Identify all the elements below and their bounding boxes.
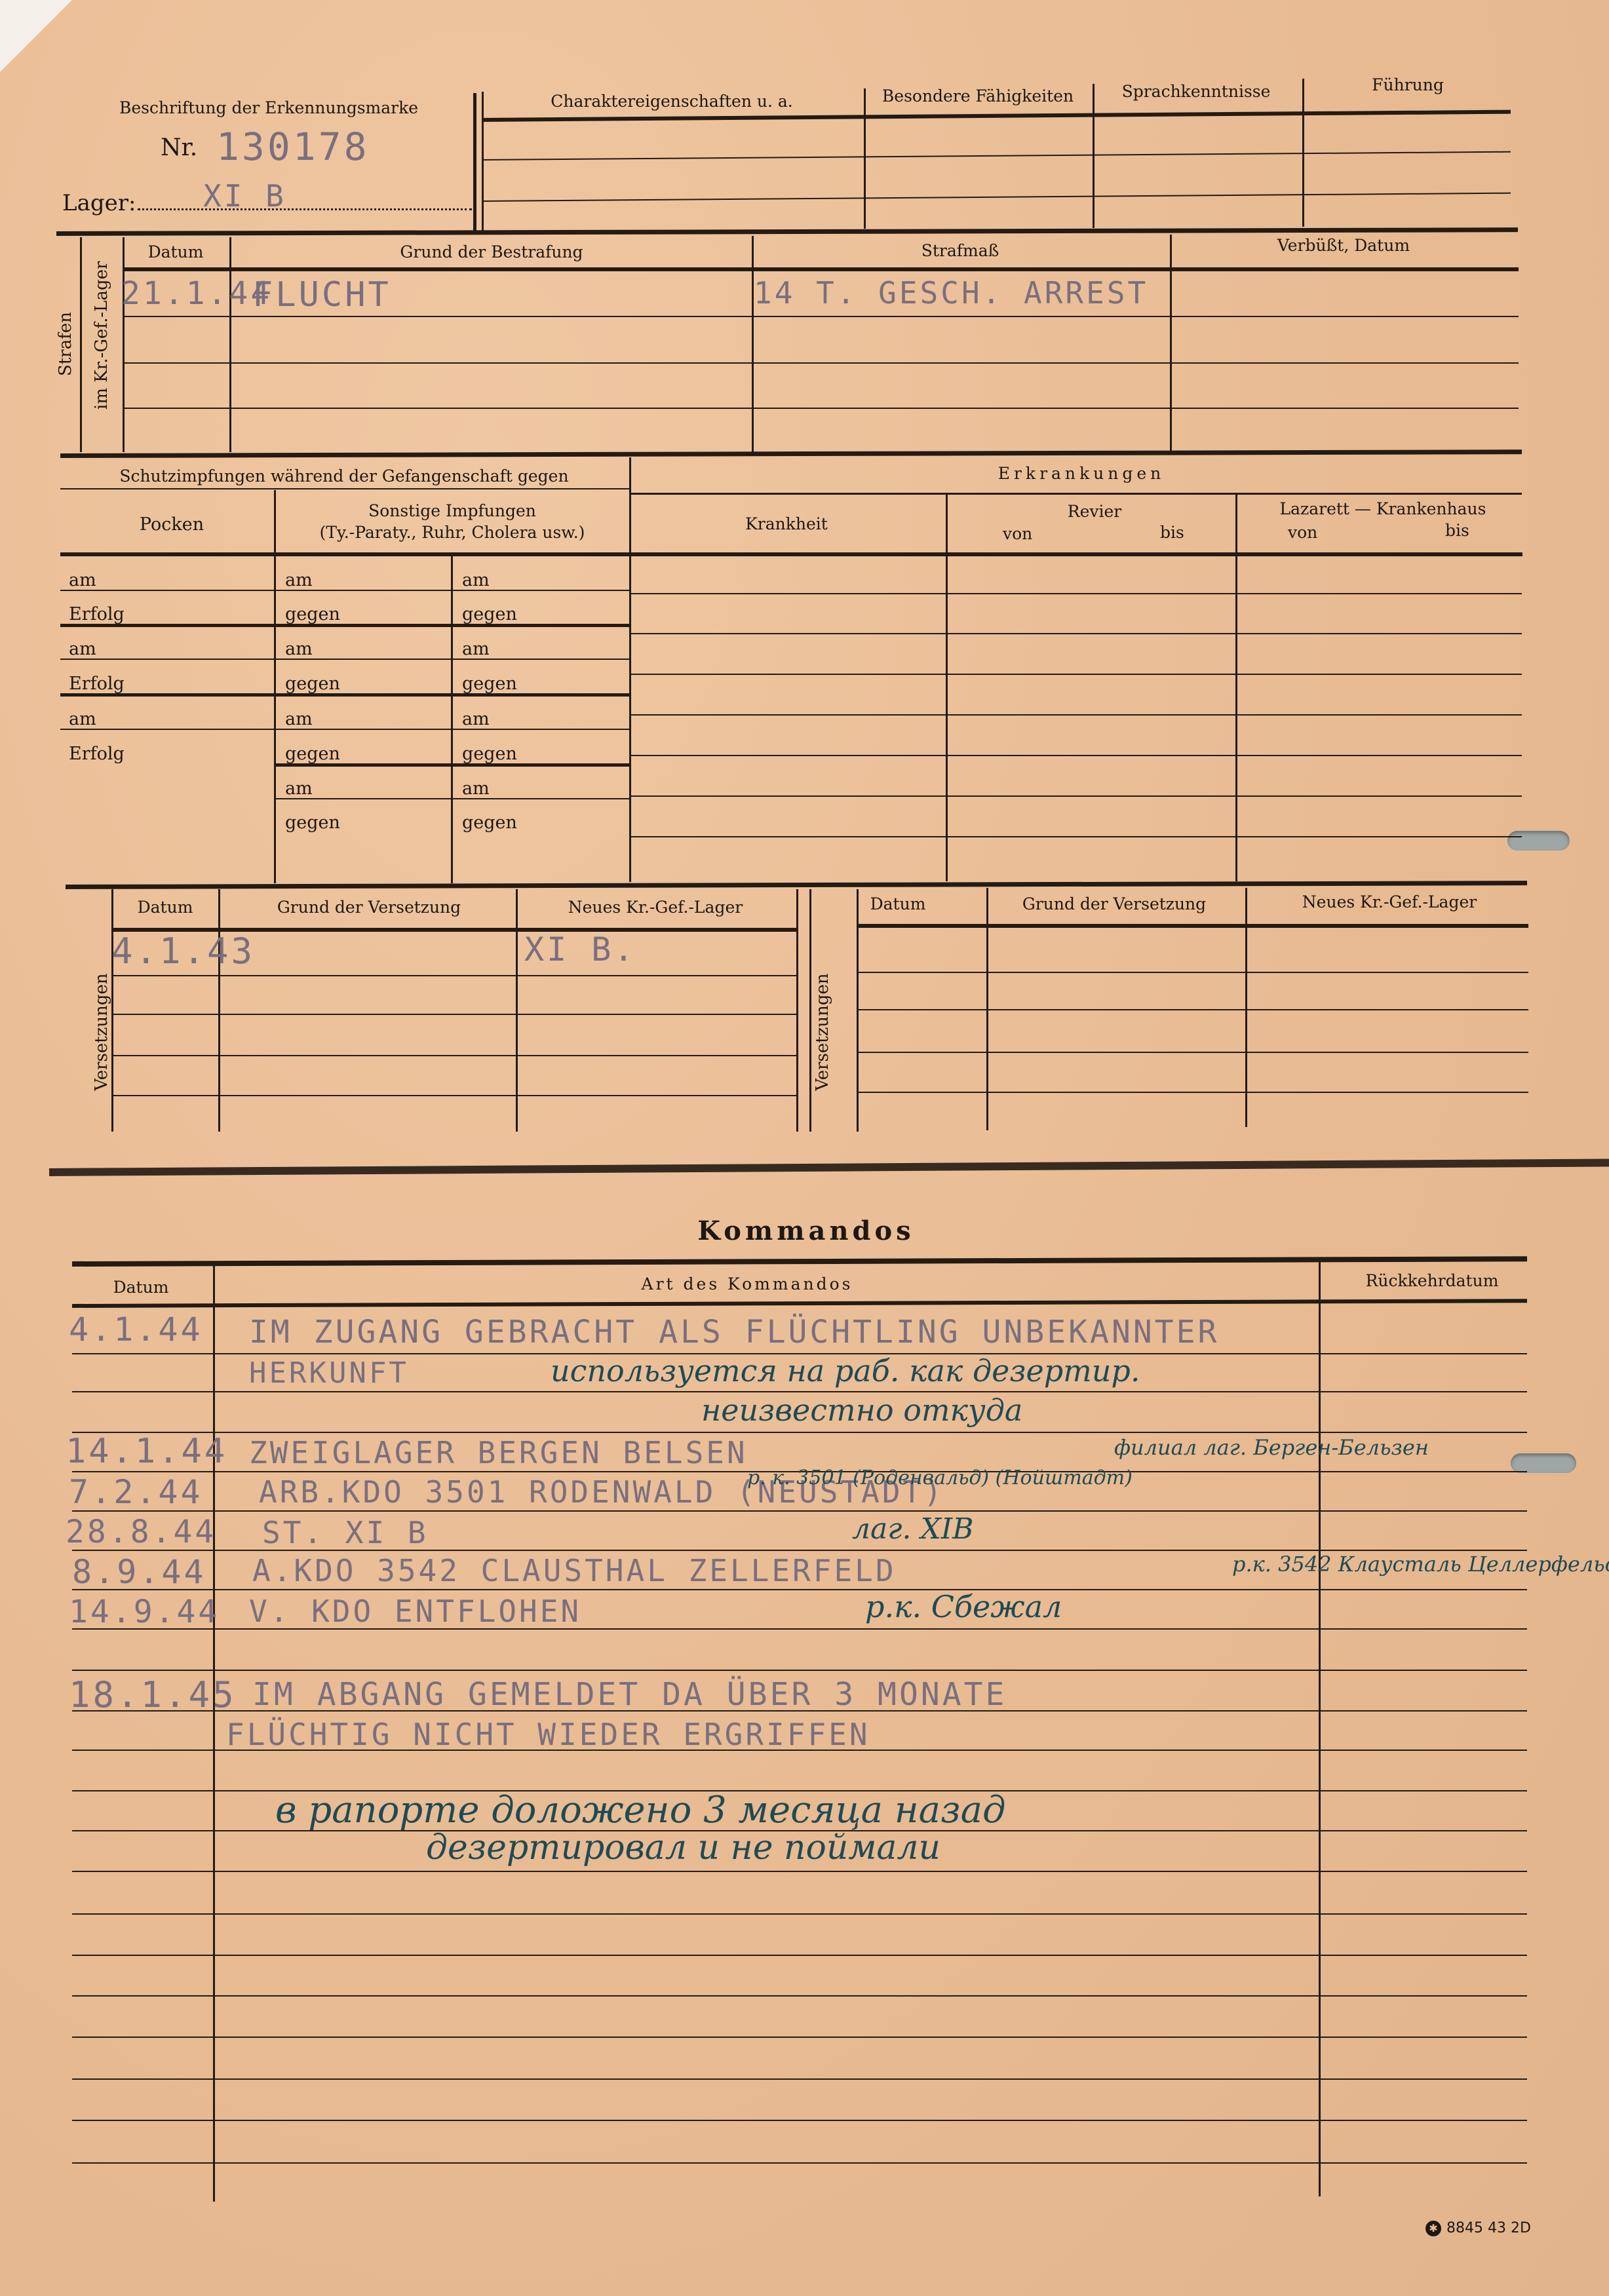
impfungen-pocken: Pocken xyxy=(140,514,204,535)
strafen-row-strafmass: 14 T. GESCH. ARREST xyxy=(754,275,1148,311)
kommando-pen-13: в рапорте доложено 3 месяца назад xyxy=(275,1789,1005,1831)
erkrankungen-heading: Erkrankungen xyxy=(998,464,1165,483)
sonstige-gegen-1a: gegen xyxy=(285,604,340,624)
versetzungen-side-label-right: Versetzungen xyxy=(813,960,832,1104)
kommando-datum-8: 14.9.44 xyxy=(69,1594,220,1630)
lazarett-von: von xyxy=(1288,523,1317,542)
sonstige-am-4b: am xyxy=(462,778,490,799)
lager-label: Lager: xyxy=(62,190,136,216)
sonstige-am-4a: am xyxy=(285,778,313,799)
sonstige-gegen-2b: gegen xyxy=(462,674,517,694)
kommandos-title: Kommandos xyxy=(697,1215,914,1246)
kommandos-header-rueckkehr: Rückkehrdatum xyxy=(1366,1271,1499,1290)
strafen-header-verbuesst: Verbüßt, Datum xyxy=(1277,236,1410,255)
id-tag-heading: Beschriftung der Erkennungsmarke xyxy=(119,98,418,117)
sonstige-am-2a: am xyxy=(285,639,313,659)
erkrankungen-krankheit: Krankheit xyxy=(745,514,828,533)
punch-hole-bottom xyxy=(1511,1453,1576,1473)
strafen-row-datum: 21.1.44 xyxy=(121,275,272,312)
pocken-erfolg-3: Erfolg xyxy=(69,744,125,764)
header-fuehrung: Führung xyxy=(1372,75,1444,94)
kommando-datum-6: 28.8.44 xyxy=(66,1514,216,1550)
sonstige-gegen-1b: gegen xyxy=(462,604,517,624)
kommando-text-2: HERKUNFT xyxy=(249,1356,409,1390)
pocken-am-3: am xyxy=(69,709,96,729)
punch-hole-top xyxy=(1507,831,1570,851)
strafen-row-grund: FLUCHT xyxy=(252,275,391,315)
erkrankungen-lazarett: Lazarett — Krankenhaus xyxy=(1280,499,1486,518)
kommando-pen-4: филиал лаг. Берген-Бельзен xyxy=(1114,1435,1429,1460)
sonstige-am-1b: am xyxy=(462,570,490,590)
kommandos-header-art: Art des Kommandos xyxy=(642,1274,853,1293)
lager-value: XI B xyxy=(203,178,286,214)
impfungen-heading: Schutzimpfungen während der Gefangenscha… xyxy=(119,467,568,486)
lazarett-bis: bis xyxy=(1445,521,1469,540)
kommando-text-8: V. KDO ENTFLOHEN xyxy=(249,1594,581,1629)
kommando-datum-1: 4.1.44 xyxy=(69,1311,203,1349)
print-code-text: 8845 43 2D xyxy=(1446,2220,1531,2236)
kommando-pen-3: неизвестно откуда xyxy=(701,1392,1022,1428)
strafen-header-strafmass: Strafmaß xyxy=(921,241,999,260)
revier-von: von xyxy=(1003,524,1032,543)
kommando-datum-5: 7.2.44 xyxy=(69,1473,203,1511)
sonstige-gegen-3b: gegen xyxy=(462,744,517,764)
sonstige-am-3b: am xyxy=(462,709,490,729)
strafen-header-grund: Grund der Bestrafung xyxy=(400,242,583,261)
folded-corner xyxy=(0,0,72,72)
versetzung-left-header-grund: Grund der Versetzung xyxy=(277,898,461,917)
versetzung-row-lager: XI B. xyxy=(524,930,636,968)
versetzungen-side-label-left: Versetzungen xyxy=(92,960,111,1104)
kommando-pen-6: лаг. XIB xyxy=(852,1512,974,1546)
strafen-side-label: Strafen xyxy=(56,292,75,396)
header-charaktereigenschaften: Charaktereigenschaften u. a. xyxy=(551,92,792,111)
pocken-am-1: am xyxy=(69,570,96,590)
sonstige-gegen-4a: gegen xyxy=(285,813,340,833)
kommando-text-1: IM ZUGANG GEBRACHT ALS FLÜCHTLING UNBEKA… xyxy=(249,1314,1219,1350)
nr-label: Nr. xyxy=(161,134,197,161)
impfungen-sonstige: Sonstige Impfungen xyxy=(368,501,536,520)
erkrankungen-revier: Revier xyxy=(1068,502,1121,521)
kommando-pen-14: дезертировал и не поймали xyxy=(426,1828,940,1867)
kommando-pen-2: используется на раб. как дезертир. xyxy=(551,1353,1140,1388)
versetzung-row-datum: 4.1.43 xyxy=(111,930,255,972)
kommando-datum-4: 14.1.44 xyxy=(66,1432,227,1471)
sonstige-am-2b: am xyxy=(462,639,490,659)
kommando-datum-10: 18.1.45 xyxy=(69,1674,237,1715)
strafen-header-datum: Datum xyxy=(148,242,204,261)
lager-dotted-line xyxy=(138,208,472,210)
versetzung-left-header-lager: Neues Kr.-Gef.-Lager xyxy=(568,898,743,917)
header-faehigkeiten: Besondere Fähigkeiten xyxy=(882,86,1074,105)
kommando-text-7: A.KDO 3542 CLAUSTHAL ZELLERFELD xyxy=(252,1553,897,1588)
nr-value: 130178 xyxy=(216,124,370,169)
print-code: ✱8845 43 2D xyxy=(1425,2220,1531,2236)
document-sheet xyxy=(0,0,1609,2296)
versetzung-left-header-datum: Datum xyxy=(138,898,193,917)
versetzung-right-header-grund: Grund der Versetzung xyxy=(1022,894,1206,913)
sonstige-am-1a: am xyxy=(285,570,313,590)
sonstige-am-3a: am xyxy=(285,709,313,729)
kommando-text-6: ST. XI B xyxy=(262,1515,429,1550)
sonstige-gegen-4b: gegen xyxy=(462,813,517,833)
sonstige-gegen-2a: gegen xyxy=(285,674,340,694)
pocken-am-2: am xyxy=(69,639,96,659)
pocken-erfolg-2: Erfolg xyxy=(69,674,125,694)
revier-bis: bis xyxy=(1160,523,1184,542)
printer-mark-icon: ✱ xyxy=(1425,2221,1441,2236)
versetzung-right-header-lager: Neues Kr.-Gef.-Lager xyxy=(1302,892,1477,911)
kommando-pen-8: р.к. Сбежал xyxy=(865,1589,1062,1624)
pocken-erfolg-1: Erfolg xyxy=(69,604,125,624)
versetzung-right-header-datum: Datum xyxy=(870,894,926,913)
kommando-text-10: IM ABGANG GEMELDET DA ÜBER 3 MONATE xyxy=(252,1676,1007,1713)
kommando-pen-5: р. к. 3501 (Роденвальд) (Нойштадт) xyxy=(747,1466,1133,1489)
kommando-text-4: ZWEIGLAGER BERGEN BELSEN xyxy=(249,1435,748,1470)
kommandos-header-datum: Datum xyxy=(113,1278,169,1297)
header-sprachkenntnisse: Sprachkenntnisse xyxy=(1122,82,1271,101)
kommando-pen-7: р.к. 3542 Клаусталь Целлерфельд xyxy=(1232,1552,1609,1577)
impfungen-sonstige-sub: (Ty.-Paraty., Ruhr, Cholera usw.) xyxy=(320,523,585,542)
strafen-side-label-2: im Kr.-Gef.-Lager xyxy=(92,278,111,410)
sonstige-gegen-3a: gegen xyxy=(285,744,340,764)
kommando-text-11: FLÜCHTIG NICHT WIEDER ERGRIFFEN xyxy=(226,1717,870,1752)
kommando-datum-7: 8.9.44 xyxy=(72,1553,206,1591)
